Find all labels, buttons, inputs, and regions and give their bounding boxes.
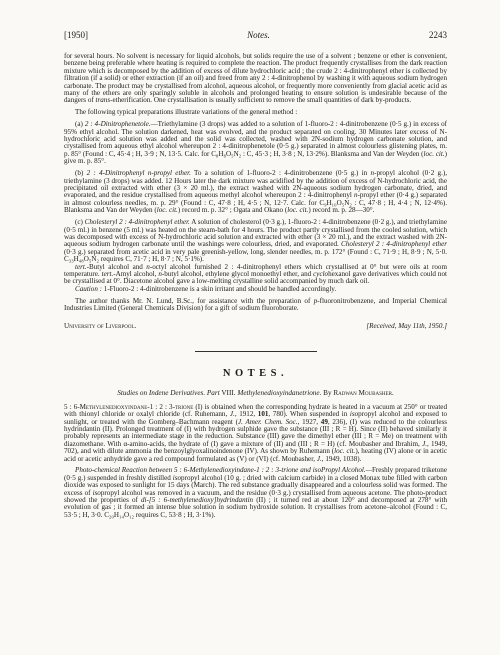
preparation-a: (a) 2 : 4-Dinitrophenetole.—Triethylamin… <box>64 121 447 165</box>
notes-section-heading: NOTES. <box>64 368 447 379</box>
note-article-body: 5 : 6-Methylenedioxyindane-1 : 2 : 3-tri… <box>64 404 447 520</box>
journal-page: [1950] Notes. 2243 for several hours. No… <box>0 0 500 655</box>
header-year: [1950] <box>64 30 88 40</box>
ether-article-body: for several hours. No solvent is necessa… <box>64 53 447 330</box>
section-divider <box>195 351 317 352</box>
header-running-title: Notes. <box>247 30 270 40</box>
header-page-number: 2243 <box>429 30 447 40</box>
page-header: [1950] Notes. 2243 <box>64 30 447 40</box>
caution-note: Caution : 1-Fluoro-2 : 4-dinitrobenzene … <box>64 286 447 293</box>
intro-paragraph: for several hours. No solvent is necessa… <box>64 53 447 105</box>
preparation-c: (c) Cholesteryl 2 : 4-dinitrophenyl ethe… <box>64 219 447 263</box>
note-article-title: Studies on Indene Derivatives. Part VIII… <box>64 389 447 397</box>
signature-line: University of Liverpool. [Received, May … <box>64 322 447 330</box>
note-paragraph-1: 5 : 6-Methylenedioxyindane-1 : 2 : 3-tri… <box>64 404 447 463</box>
note-paragraph-2: Photo-chemical Reaction between 5 : 6-Me… <box>64 467 447 519</box>
other-alcohols-paragraph: tert.-Butyl alcohol and n-octyl alcohol … <box>64 264 447 286</box>
preparation-b: (b) 2 : 4-Dinitrophenyl n-propyl ether. … <box>64 170 447 214</box>
received-date: [Received, May 11th, 1950.] <box>366 322 447 330</box>
acknowledgement-paragraph: The author thanks Mr. N. Lund, B.Sc., fo… <box>64 298 447 313</box>
affiliation: University of Liverpool. <box>64 322 136 330</box>
method-lead-in: The following typical preparations illus… <box>64 109 447 116</box>
